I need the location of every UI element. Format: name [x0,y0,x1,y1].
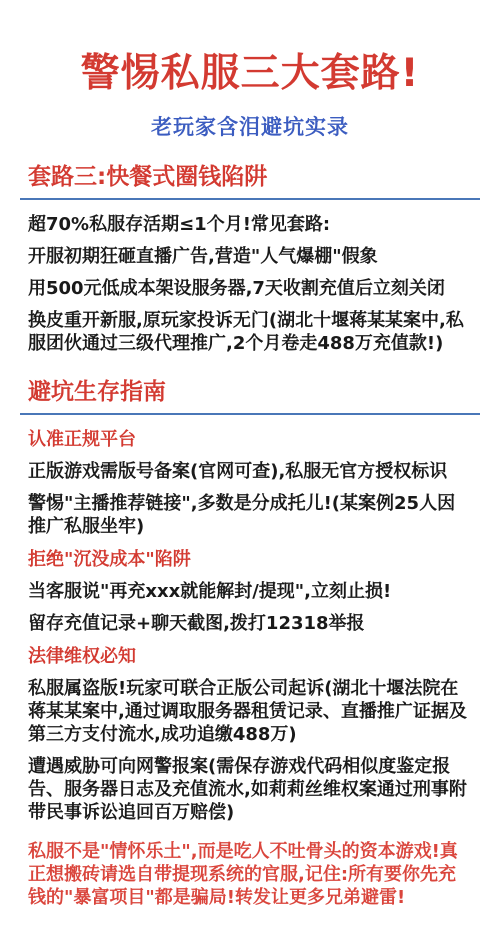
poster-title: 警惕私服三大套路! [10,50,490,98]
body-paragraph: 私服属盗版!玩家可联合正版公司起诉(湖北十堰法院在蒋某某案中,通过调取服务器租赁… [28,677,472,746]
poster: 警惕私服三大套路! 老玩家含泪避坑实录 套路三:快餐式圈钱陷阱 超70%私服存活… [0,0,500,925]
body-paragraph: 正版游戏需版号备案(官网可查),私服无官方授权标识 [28,460,472,483]
section-guide: 避坑生存指南 认准正规平台 正版游戏需版号备案(官网可查),私服无官方授权标识 … [0,377,500,824]
body-paragraph: 留存充值记录+聊天截图,拨打12318举报 [28,612,472,635]
body-paragraph: 遭遇威胁可向网警报案(需保存游戏代码相似度鉴定报告、服务器日志及充值流水,如莉莉… [28,755,472,824]
body-paragraph: 用500元低成本架设服务器,7天收割充值后立刻关闭 [28,277,472,300]
body-paragraph: 警惕"主播推荐链接",多数是分成托儿!(某案例25人因推广私服坐牢) [28,492,472,538]
section-heading-guide: 避坑生存指南 [28,377,472,407]
body-paragraph: 开服初期狂砸直播广告,营造"人气爆棚"假象 [28,245,472,268]
section-trap3: 套路三:快餐式圈钱陷阱 超70%私服存活期≤1个月!常见套路: 开服初期狂砸直播… [0,162,500,355]
poster-subtitle: 老玩家含泪避坑实录 [10,114,490,140]
subsection-heading-legal: 法律维权必知 [28,645,472,668]
body-paragraph: 超70%私服存活期≤1个月!常见套路: [28,213,472,236]
subsection-legal: 法律维权必知 私服属盗版!玩家可联合正版公司起诉(湖北十堰法院在蒋某某案中,通过… [0,645,500,824]
section-divider [20,413,480,415]
section-heading-trap3: 套路三:快餐式圈钱陷阱 [28,162,472,192]
section-divider [20,198,480,200]
subsection-platform: 认准正规平台 正版游戏需版号备案(官网可查),私服无官方授权标识 警惕"主播推荐… [0,428,500,538]
body-paragraph: 当客服说"再充xxx就能解封/提现",立刻止损! [28,580,472,603]
subsection-heading-sunk-cost: 拒绝"沉没成本"陷阱 [28,548,472,571]
subsection-sunk-cost: 拒绝"沉没成本"陷阱 当客服说"再充xxx就能解封/提现",立刻止损! 留存充值… [0,548,500,635]
body-paragraph: 换皮重开新服,原玩家投诉无门(湖北十堰蒋某某案中,私服团伙通过三级代理推广,2个… [28,309,472,355]
footer-warning: 私服不是"情怀乐土",而是吃人不吐骨头的资本游戏!真正想搬砖请选自带提现系统的官… [28,840,472,909]
subsection-heading-platform: 认准正规平台 [28,428,472,451]
